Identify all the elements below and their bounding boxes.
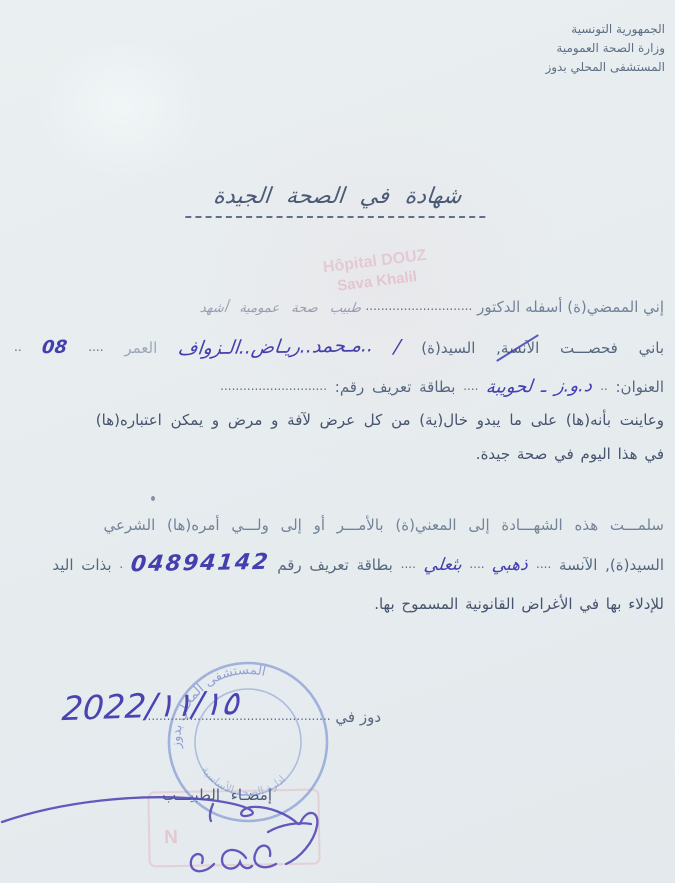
- dotted-leader: ..: [14, 340, 22, 354]
- signature-stroke: [191, 854, 214, 871]
- printed-text: السيد(ة): [421, 339, 475, 357]
- header-ministry: وزارة الصحة العمومية: [545, 39, 665, 58]
- dotted-leader: ....: [463, 379, 478, 393]
- printed-id-label: بطاقة تعريف رقم: [277, 556, 393, 574]
- signature-stroke: [268, 823, 311, 832]
- body-line-recipient: السيد(ة), الآنسة .... ذهبي .... بثعلي ..…: [8, 551, 664, 576]
- header-republic: الجمهورية التونسية: [545, 20, 665, 39]
- printed-text: السيد(ة), الآنسة: [559, 556, 664, 574]
- header-hospital: المستشفى المحلي بدوز: [545, 58, 665, 77]
- body-line-examined: باني فحصـــت الآنسة, السيد(ة) / ..مـحمد.…: [8, 334, 664, 359]
- scanned-document-page: الجمهورية التونسية وزارة الصحة العمومية …: [0, 0, 675, 883]
- dotted-leader: .: [119, 557, 123, 571]
- printed-id-label: بطاقة تعريف رقم:: [335, 378, 456, 396]
- signature-stroke: [210, 804, 213, 821]
- dotted-leader: ....: [401, 557, 416, 571]
- body-line-legal-purposes: للإدلاء بها في الأغراض القانونية المسموح…: [8, 595, 664, 613]
- printed-text: وعاينت بأنه(ها) على ما يبدو خال(ية) من ك…: [96, 411, 664, 429]
- printed-place-date-label: دوز في: [335, 708, 381, 726]
- body-line-address: العنوان: .. د.و.ز ـ لحويبة .... بطاقة تع…: [8, 376, 664, 397]
- dotted-leader: ....: [88, 340, 103, 354]
- printed-text: للإدلاء بها في الأغراض القانونية المسموح…: [374, 595, 664, 613]
- dotted-leader: ....: [536, 557, 551, 571]
- dotted-leader: ............................: [365, 299, 472, 313]
- government-header: الجمهورية التونسية وزارة الصحة العمومية …: [545, 20, 665, 77]
- signature-stroke: [222, 850, 252, 869]
- faded-pink-stamp: Hôpital DOUZ Sava Khalil: [284, 241, 468, 303]
- printed-age-label: العمر: [124, 339, 157, 357]
- body-line-findings: وعاينت بأنه(ها) على ما يبدو خال(ية) من ك…: [8, 411, 664, 429]
- ink-speck: [151, 496, 155, 501]
- handwritten-date: 2022/١١/١٥: [61, 683, 241, 728]
- body-line-delivered: سلمـــت هذه الشهـــادة إلى المعني(ة) بال…: [8, 516, 664, 534]
- doctor-signature-ink: [0, 780, 350, 882]
- dotted-leader: ............................: [220, 379, 327, 393]
- handwritten-doctor-role: طبيب صحة عمومية أشهد: [199, 301, 362, 316]
- printed-text: باني فحصـــت: [560, 339, 664, 357]
- handwritten-id-number: 04894142: [130, 550, 271, 577]
- printed-address-label: العنوان:: [616, 378, 665, 396]
- document-title: شهادة في الصحة الجيدة: [186, 184, 490, 218]
- handwritten-age: 08: [41, 337, 68, 358]
- dotted-leader: ....: [469, 557, 484, 571]
- handwritten-recipient-lastname: بثعلي: [423, 555, 463, 576]
- body-line-doctor: إني الممضي(ة) أسفله الدكتور ............…: [8, 298, 664, 316]
- title-row: شهادة في الصحة الجيدة: [0, 184, 675, 218]
- signature-stroke: [254, 846, 276, 868]
- handwritten-recipient-firstname: ذهبي: [491, 555, 529, 576]
- handwritten-patient-name: ..مـحمد..ريـاض..الـزواف: [177, 334, 375, 359]
- signature-stroke: [2, 797, 298, 824]
- handwritten-slash: /: [393, 336, 402, 358]
- printed-byhand-label: بذات اليد: [52, 556, 111, 574]
- body-line-good-health: في هذا اليوم في صحة جيدة.: [8, 445, 664, 463]
- dotted-leader: ..: [600, 379, 608, 393]
- signature-stroke: [286, 813, 317, 864]
- printed-text: سلمـــت هذه الشهـــادة إلى المعني(ة) بال…: [103, 516, 664, 534]
- printed-text: إني الممضي(ة) أسفله الدكتور: [477, 298, 664, 316]
- printed-text: في هذا اليوم في صحة جيدة.: [476, 445, 664, 463]
- printed-text-crossed: الآنسة,: [496, 339, 539, 357]
- handwritten-address: د.و.ز ـ لحويبة: [485, 375, 593, 398]
